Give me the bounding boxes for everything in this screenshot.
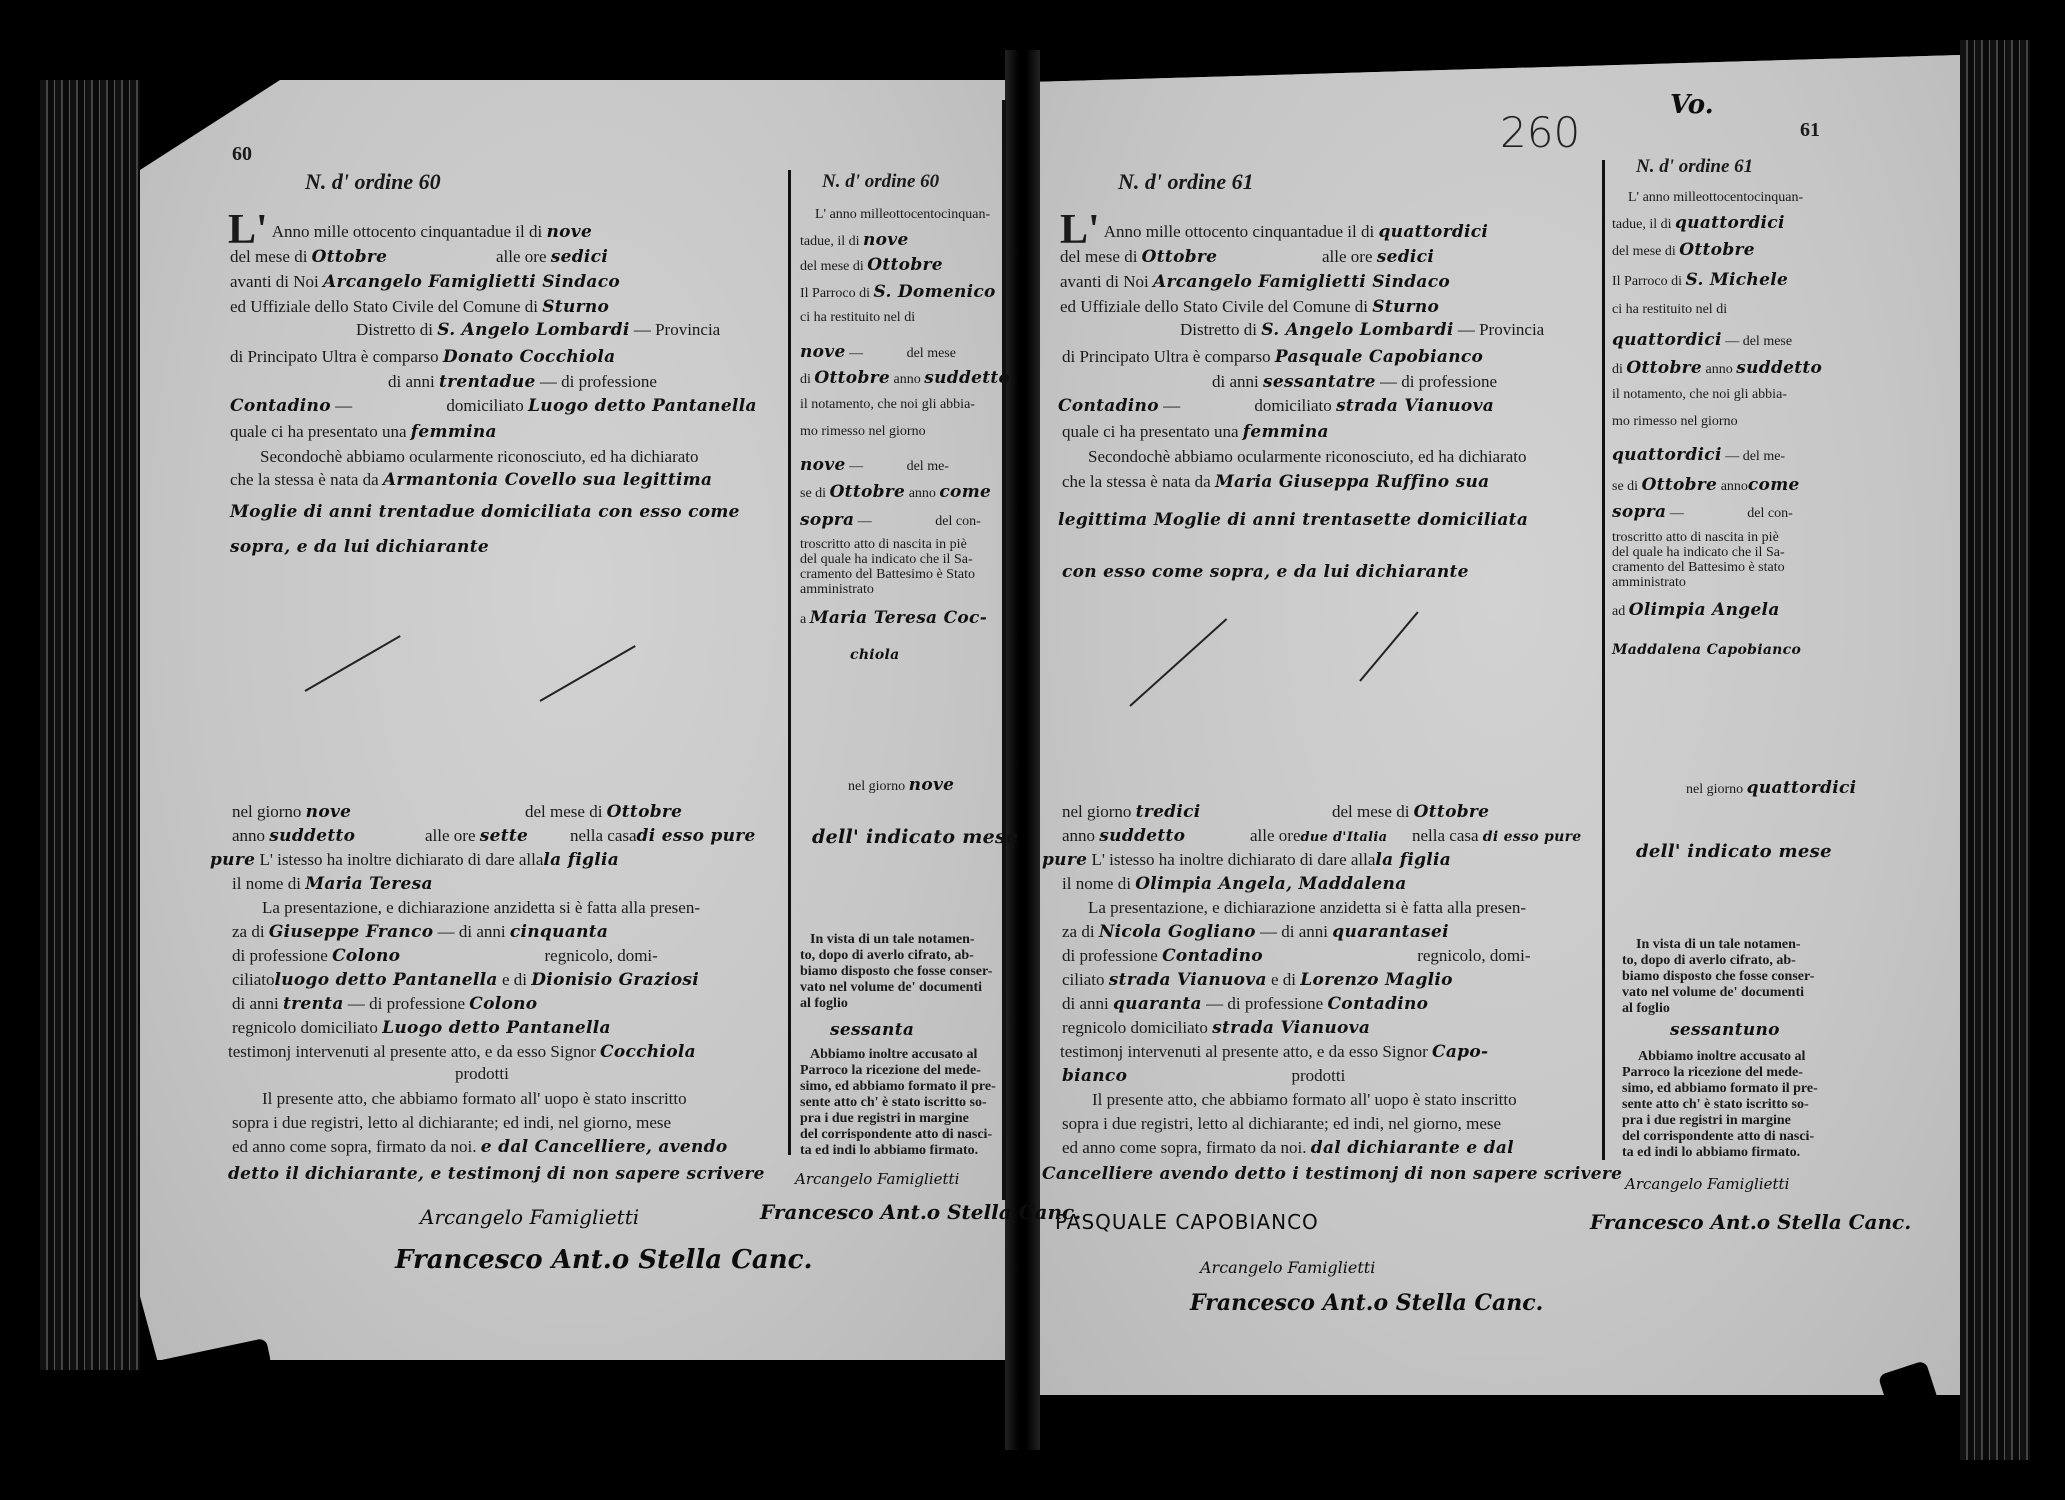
handwritten-domicile: Luogo detto Pantanella [382, 1018, 611, 1038]
column-divider-right [1602, 160, 1605, 1160]
printed-text: L' anno milleottocentocinquan- [815, 205, 990, 225]
printed-text: domiciliato [446, 396, 523, 415]
printed-text: prodotti [455, 1062, 509, 1086]
signature-chancellor: Francesco Ant.o Stella Canc. [395, 1245, 813, 1275]
handwritten-age: sessantatre [1263, 372, 1376, 392]
handwritten-day: nove [800, 455, 846, 475]
handwritten-text: dell' indicato mese [812, 825, 1018, 849]
printed-text: ta ed indi lo abbiamo firmato. [1622, 1143, 1800, 1163]
handwritten-day: nove [863, 230, 909, 250]
printed-text: L' anno milleottocentocinquan- [1628, 188, 1803, 208]
printed-text: sopra i due registri, letto al dichiaran… [1062, 1112, 1501, 1136]
handwritten-month: Ottobre [607, 802, 683, 822]
handwritten-text: come [939, 482, 991, 502]
handwritten-domicile: strada Vianuova [1109, 970, 1267, 990]
handwritten-text: con esso come sopra, e da lui dichiarant… [1062, 560, 1469, 584]
handwritten-mother: Armantonia Covello sua legittima [383, 470, 712, 490]
printed-text: alle ore [1322, 247, 1373, 266]
printed-text: Distretto di [356, 320, 433, 339]
handwritten-domicile: Luogo detto Pantanella [528, 396, 757, 416]
signature-mayor: Arcangelo Famiglietti [795, 1170, 959, 1188]
printed-text: Il presente atto, che abbiamo formato al… [262, 1087, 687, 1111]
handwritten-witness-1: Nicola Gogliano [1099, 922, 1256, 942]
printed-text: regnicolo domiciliato [232, 1018, 378, 1037]
printed-text: il notamento, che noi gli abbia- [1612, 385, 1787, 405]
page-number-right: 61 [1800, 118, 1820, 142]
handwritten-text: suddetto [1099, 826, 1185, 846]
printed-text: avanti di Noi [1060, 272, 1149, 291]
printed-text: anno [894, 372, 921, 387]
printed-text: quale ci ha presentato una [1062, 422, 1239, 441]
handwritten-day: quattordici [1612, 445, 1722, 465]
handwritten-profession: Contadino [1162, 946, 1263, 966]
handwritten-surname: Cocchiola [600, 1042, 696, 1062]
printed-text: ad [1612, 604, 1625, 619]
handwritten-age: quaranta [1113, 994, 1202, 1014]
printed-text: mo rimesso nel giorno [1612, 412, 1738, 432]
handwritten-folio: sessanta [830, 1018, 914, 1042]
handwritten-mother: Maria Giuseppa Ruffino sua [1215, 472, 1490, 492]
printed-text: nel giorno [1686, 782, 1743, 797]
handwritten-profession: Contadino [230, 396, 331, 416]
printed-text: del con- [1747, 506, 1792, 521]
handwritten-comune: Sturno [1372, 297, 1439, 317]
printed-text: alle ore [1250, 826, 1301, 845]
printed-text: del mese di [1612, 244, 1676, 259]
handwritten-sex: femmina [1243, 422, 1329, 442]
handwritten-text: la figlia [1375, 850, 1451, 870]
printed-text: mo rimesso nel giorno [800, 422, 926, 442]
handwritten-day: tredici [1136, 802, 1201, 822]
handwritten-profession: Colono [469, 994, 537, 1014]
signature-mayor: Arcangelo Famiglietti [1625, 1175, 1789, 1193]
handwritten-age: trentadue [439, 372, 536, 392]
printed-text: al foglio [800, 994, 848, 1014]
printed-text: del con- [935, 514, 980, 529]
printed-text: Il presente atto, che abbiamo formato al… [1092, 1088, 1517, 1112]
printed-text: alle ore [496, 247, 547, 266]
signature-mayor: Arcangelo Famiglietti [1200, 1258, 1375, 1277]
handwritten-day: quattordici [1747, 778, 1857, 798]
handwritten-parish: S. Domenico [873, 282, 995, 302]
printed-text: Distretto di [1180, 320, 1257, 339]
handwritten-text: bianco [1062, 1066, 1127, 1086]
handwritten-declarant: Pasquale Capobianco [1275, 347, 1483, 367]
handwritten-day: quattordici [1378, 222, 1488, 242]
handwritten-text: di esso pure [637, 826, 756, 846]
handwritten-day: quattordici [1612, 330, 1722, 350]
handwritten-text: legittima Moglie di anni trentasette dom… [1058, 508, 1528, 532]
handwritten-profession: Contadino [1327, 994, 1428, 1014]
printed-text: ciliato [232, 970, 274, 989]
printed-text: za di [1062, 922, 1095, 941]
printed-text: amministrato [1612, 573, 1686, 593]
printed-text: ciliato [1062, 970, 1104, 989]
printed-text: del me- [907, 459, 949, 474]
handwritten-profession: Contadino [1058, 396, 1159, 416]
column-divider-left [788, 170, 791, 1155]
printed-text: il nome di [232, 874, 301, 893]
handwritten-age: trenta [283, 994, 344, 1014]
signature-mayor: Arcangelo Famiglietti [420, 1205, 639, 1229]
handwritten-text: Maddalena Capobianco [1612, 640, 1801, 660]
handwritten-hour: sette [480, 826, 528, 846]
printed-text: tadue, il di [1612, 217, 1672, 232]
printed-text: anno [909, 486, 936, 501]
printed-text: di Principato Ultra è comparso [1062, 347, 1271, 366]
handwritten-text: dal dichiarante e dal [1311, 1138, 1514, 1158]
printed-text: tadue, il di [800, 234, 860, 249]
printed-text: di Principato Ultra è comparso [230, 347, 439, 366]
page-number-left: 60 [232, 142, 252, 166]
handwritten-text: dell' indicato mese [1636, 840, 1832, 864]
printed-text: e di [1271, 970, 1296, 989]
printed-text: ed anno come sopra, firmato da noi. [1062, 1138, 1307, 1157]
handwritten-text: la figlia [543, 850, 619, 870]
printed-text: se di [1612, 479, 1638, 494]
printed-text: alle ore [425, 826, 476, 845]
printed-text: nel giorno [232, 802, 301, 821]
printed-text: anno [1721, 479, 1748, 494]
printed-text: se di [800, 486, 826, 501]
printed-text: di anni [1281, 922, 1328, 941]
verso-mark: Vo. [1670, 90, 1714, 120]
handwritten-text: sopra [1612, 502, 1666, 522]
handwritten-month: Ottobre [867, 255, 943, 275]
handwritten-age: cinquanta [510, 922, 608, 942]
handwritten-comune: Sturno [542, 297, 609, 317]
handwritten-text: pure [1042, 850, 1087, 870]
printed-text: di anni [232, 994, 279, 1013]
printed-text: Provincia [1479, 320, 1544, 339]
handwritten-text: Cancelliere avendo detto i testimonj di … [1042, 1162, 1622, 1186]
printed-text: di anni [1212, 372, 1259, 391]
handwritten-text: detto il dichiarante, e testimonj di non… [228, 1162, 765, 1186]
handwritten-surname: Capo- [1432, 1042, 1488, 1062]
handwritten-mayor: Arcangelo Famiglietti Sindaco [323, 272, 620, 292]
handwritten-hour: sedici [1377, 247, 1434, 267]
book-gutter [1005, 50, 1040, 1450]
handwritten-text: di esso pure [1483, 829, 1582, 845]
printed-text: testimonj intervenuti al presente atto, … [1060, 1042, 1428, 1061]
printed-text: Anno mille ottocento cinquantadue il di [272, 222, 543, 241]
printed-text: di professione [561, 372, 657, 391]
printed-text: Secondochè abbiamo ocularmente riconosci… [260, 445, 699, 469]
handwritten-text: suddetto [269, 826, 355, 846]
handwritten-month: Ottobre [1626, 358, 1702, 378]
printed-text: nella casa [1412, 826, 1479, 845]
handwritten-text: pure [210, 850, 255, 870]
printed-text: L' istesso ha inoltre dichiarato di dare… [259, 850, 543, 869]
printed-text: L' istesso ha inoltre dichiarato di dare… [1091, 850, 1375, 869]
handwritten-age: quarantasei [1332, 922, 1449, 942]
printed-text: e di [502, 970, 527, 989]
handwritten-month: Ottobre [1414, 802, 1490, 822]
book-page-edges-right [1960, 40, 2030, 1460]
printed-text: il nome di [1062, 874, 1131, 893]
handwritten-witness-2: Dionisio Graziosi [531, 970, 699, 990]
printed-text: ed anno come sopra, firmato da noi. [232, 1137, 477, 1156]
printed-text: di anni [1062, 994, 1109, 1013]
folio-stamp: 260 [1500, 108, 1580, 157]
printed-text: La presentazione, e dichiarazione anzide… [1088, 896, 1526, 920]
handwritten-witness-2: Lorenzo Maglio [1300, 970, 1453, 990]
handwritten-district: S. Angelo Lombardi [1261, 320, 1453, 340]
printed-text: di [800, 372, 811, 387]
handwritten-profession: Colono [332, 946, 400, 966]
handwritten-day: nove [546, 222, 592, 242]
signature-declarant: PASQUALE CAPOBIANCO [1055, 1210, 1319, 1234]
handwritten-year: suddetto [1736, 358, 1822, 378]
handwritten-month: Ottobre [830, 482, 906, 502]
side-record-header-61: N. d' ordine 61 [1636, 155, 1753, 179]
printed-text: che la stessa è nata da [230, 470, 379, 489]
printed-text: nel giorno [848, 779, 905, 794]
handwritten-domicile: strada Vianuova [1336, 396, 1494, 416]
printed-text: Provincia [655, 320, 720, 339]
printed-text: quale ci ha presentato una [230, 422, 407, 441]
handwritten-witness-1: Giuseppe Franco [269, 922, 434, 942]
printed-text: regnicolo, domi- [545, 946, 658, 965]
printed-text: del mese [1743, 334, 1792, 349]
printed-text: anno [1062, 826, 1095, 845]
printed-text: di professione [1401, 372, 1497, 391]
handwritten-domicile: luogo detto Pantanella [274, 970, 497, 990]
printed-text: del mese di [525, 802, 602, 821]
record-header-60: N. d' ordine 60 [305, 170, 441, 194]
handwritten-day: nove [306, 802, 352, 822]
printed-text: anno [1706, 362, 1733, 377]
printed-text: di professione [1062, 946, 1158, 965]
printed-text: Anno mille ottocento cinquantadue il di [1104, 222, 1375, 241]
handwritten-declarant: Donato Cocchiola [443, 347, 616, 367]
handwritten-hour: sedici [551, 247, 608, 267]
handwritten-text: sopra [800, 510, 854, 530]
handwritten-child-name: Olimpia Angela, Maddalena [1135, 874, 1406, 894]
printed-text: prodotti [1291, 1066, 1345, 1085]
printed-text: testimonj intervenuti al presente atto, … [228, 1042, 596, 1061]
printed-text: del mese di [1060, 247, 1137, 266]
printed-text: del mese di [230, 247, 307, 266]
handwritten-day: quattordici [1675, 213, 1785, 233]
handwritten-domicile: strada Vianuova [1212, 1018, 1370, 1038]
printed-text: di [1612, 362, 1623, 377]
printed-text: al foglio [1622, 999, 1670, 1019]
printed-text: domiciliato [1254, 396, 1331, 415]
handwritten-text: come [1748, 475, 1800, 495]
printed-text: ed Uffiziale dello Stato Civile del Comu… [1060, 297, 1368, 316]
handwritten-hour: due d'Italia [1301, 830, 1388, 845]
printed-text: sopra i due registri, letto al dichiaran… [232, 1111, 671, 1135]
printed-text: nella casa [570, 826, 637, 845]
handwritten-folio: sessantuno [1670, 1018, 1780, 1042]
record-header-61: N. d' ordine 61 [1118, 170, 1254, 194]
handwritten-month: Ottobre [312, 247, 388, 267]
handwritten-district: S. Angelo Lombardi [437, 320, 629, 340]
printed-text: nel giorno [1062, 802, 1131, 821]
handwritten-text: chiola [850, 645, 900, 665]
printed-text: il notamento, che noi gli abbia- [800, 395, 975, 415]
printed-text: ci ha restituito nel di [1612, 300, 1727, 320]
printed-text: a [800, 612, 806, 627]
handwritten-text: e dal Cancelliere, avendo [481, 1137, 728, 1157]
side-record-header-60: N. d' ordine 60 [822, 170, 939, 194]
printed-text: del mese [907, 346, 956, 361]
handwritten-month: Ottobre [1679, 240, 1755, 260]
printed-text: ed Uffiziale dello Stato Civile del Comu… [230, 297, 538, 316]
handwritten-baptism-name: Olimpia Angela [1629, 600, 1780, 620]
printed-text: del mese di [800, 259, 864, 274]
printed-text: regnicolo domiciliato [1062, 1018, 1208, 1037]
handwritten-month: Ottobre [814, 368, 890, 388]
handwritten-day: nove [909, 775, 955, 795]
handwritten-month: Ottobre [1642, 475, 1718, 495]
handwritten-mayor: Arcangelo Famiglietti Sindaco [1153, 272, 1450, 292]
printed-text: di anni [459, 922, 506, 941]
printed-text: za di [232, 922, 265, 941]
handwritten-baptism-name: Maria Teresa Coc- [810, 608, 987, 628]
printed-text: ta ed indi lo abbiamo firmato. [800, 1141, 978, 1161]
handwritten-child-name: Maria Teresa [305, 874, 433, 894]
book-page-edges-left [40, 80, 140, 1370]
page-edge-rule-left [1002, 100, 1006, 1200]
printed-text: di professione [232, 946, 328, 965]
printed-text: Il Parroco di [800, 286, 870, 301]
handwritten-month: Ottobre [1142, 247, 1218, 267]
printed-text: Secondochè abbiamo ocularmente riconosci… [1088, 445, 1527, 469]
printed-text: di professione [1227, 994, 1323, 1013]
signature-chancellor: Francesco Ant.o Stella Canc. [1590, 1210, 1911, 1234]
handwritten-text: Moglie di anni trentadue domiciliata con… [230, 500, 740, 524]
printed-text: avanti di Noi [230, 272, 319, 291]
handwritten-sex: femmina [411, 422, 497, 442]
signature-chancellor: Francesco Ant.o Stella Canc. [1190, 1290, 1543, 1316]
handwritten-day: nove [800, 342, 846, 362]
printed-text: che la stessa è nata da [1062, 472, 1211, 491]
signature-chancellor: Francesco Ant.o Stella Canc. [760, 1200, 1081, 1224]
handwritten-text: sopra, e da lui dichiarante [230, 535, 489, 559]
handwritten-year: suddetto [924, 368, 1010, 388]
printed-text: del me- [1743, 449, 1785, 464]
printed-text: ci ha restituito nel di [800, 308, 915, 328]
printed-text: regnicolo, domi- [1417, 946, 1530, 965]
handwritten-parish: S. Michele [1685, 270, 1788, 290]
printed-text: di anni [388, 372, 435, 391]
printed-text: anno [232, 826, 265, 845]
printed-text: amministrato [800, 580, 874, 600]
printed-text: Il Parroco di [1612, 274, 1682, 289]
printed-text: del mese di [1332, 802, 1409, 821]
printed-text: di professione [369, 994, 465, 1013]
printed-text: La presentazione, e dichiarazione anzide… [262, 896, 700, 920]
